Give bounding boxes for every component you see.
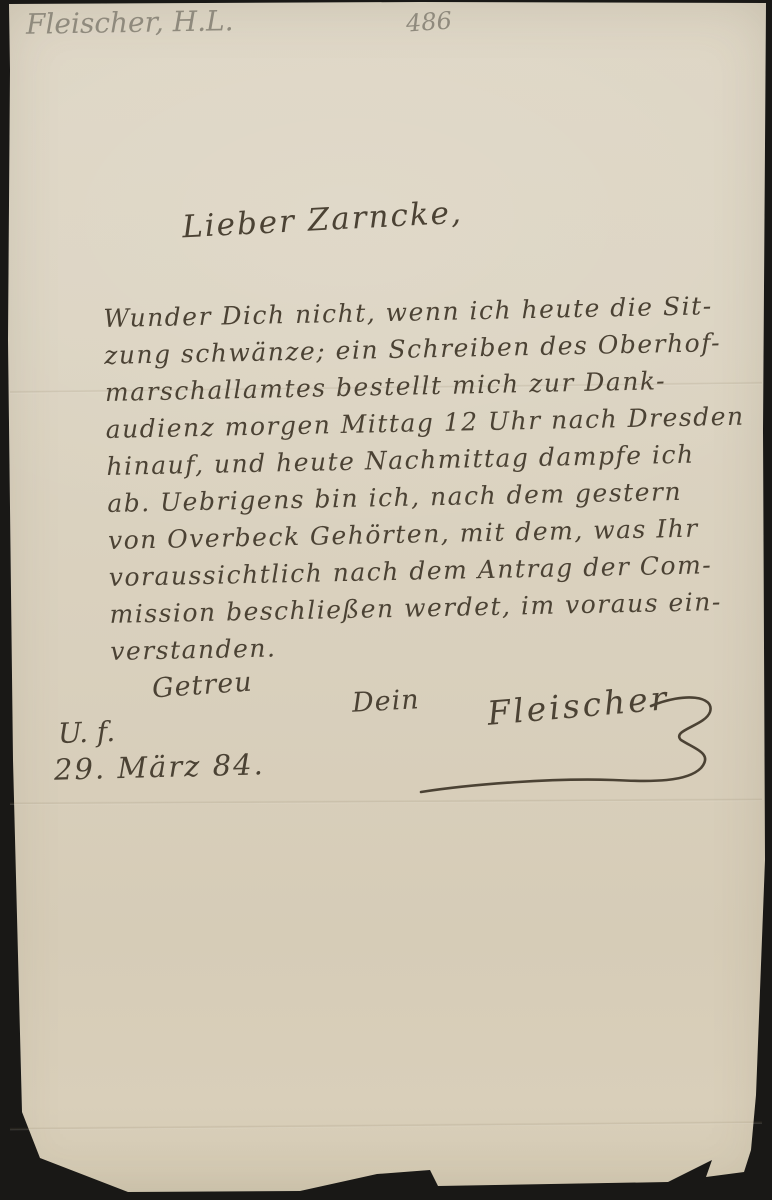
pencil-author-annotation: Fleischer, H.L. [26,4,234,41]
closing-pronoun: Dein [351,684,420,718]
scan-background: Fleischer, H.L. 486 Lieber Zarncke, Wund… [0,0,772,1200]
signature-flourish [413,688,748,806]
letter-body: Wunder Dich nicht, wenn ich heute die Si… [103,287,751,670]
pencil-archive-number: 486 [405,6,453,37]
place-abbreviation: U. f. [57,715,115,750]
date-line: 29. März 84. [54,747,266,787]
